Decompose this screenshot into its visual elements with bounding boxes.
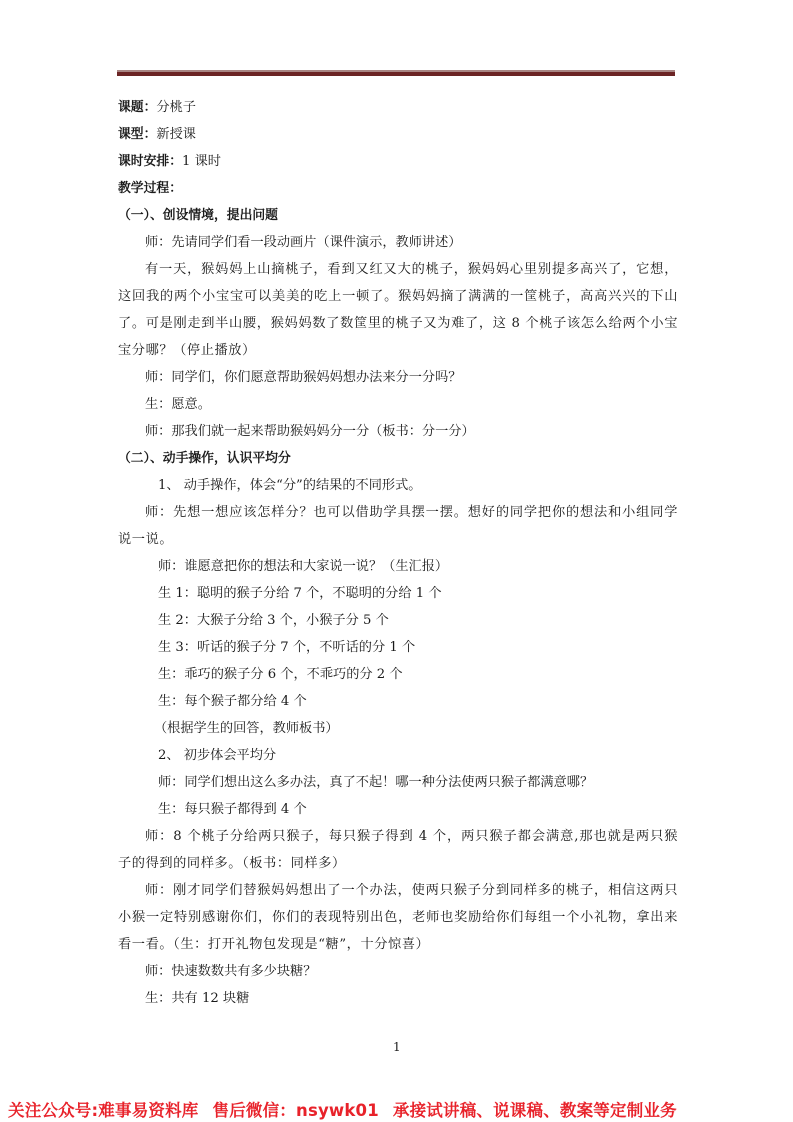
paragraph: 师：先想一想应该怎样分？也可以借助学具摆一摆。想好的同学把你的想法和小组同学说一… — [118, 499, 678, 553]
document-body: 课题：分桃子 课型：新授课 课时安排：1 课时 教学过程： （一）、创设情境，提… — [118, 94, 678, 1012]
topic-label: 课题： — [118, 100, 156, 115]
step-heading: 1、 动手操作，体会“分”的结果的不同形式。 — [118, 472, 678, 499]
paragraph: 师：同学们，你们愿意帮助猴妈妈想办法来分一分吗？ — [118, 364, 678, 391]
type-value: 新授课 — [156, 127, 196, 142]
student-answer: 生：乖巧的猴子分 6 个，不乖巧的分 2 个 — [118, 661, 678, 688]
note: （根据学生的回答，教师板书） — [118, 715, 678, 742]
footer-services: 承接试讲稿、说课稿、教案等定制业务 — [393, 1101, 677, 1120]
step-heading: 2、 初步体会平均分 — [118, 742, 678, 769]
paragraph: 生：愿意。 — [118, 391, 678, 418]
topic-line: 课题：分桃子 — [118, 94, 678, 121]
process-heading: 教学过程： — [118, 175, 678, 202]
type-line: 课型：新授课 — [118, 121, 678, 148]
header-rule — [117, 70, 675, 76]
student-answer: 生：每只猴子都得到 4 个 — [118, 796, 678, 823]
student-answer: 生：每个猴子都分给 4 个 — [118, 688, 678, 715]
student-answer: 生：共有 12 块糖 — [118, 985, 678, 1012]
paragraph: 师：谁愿意把你的想法和大家说一说？（生汇报） — [118, 553, 678, 580]
student-answer: 生 2：大猴子分给 3 个，小猴子分 5 个 — [118, 607, 678, 634]
paragraph: 师：那我们就一起来帮助猴妈妈分一分（板书：分一分） — [118, 418, 678, 445]
schedule-value: 1 课时 — [182, 154, 221, 169]
paragraph: 师：刚才同学们替猴妈妈想出了一个办法，使两只猴子分到同样多的桃子，相信这两只小猴… — [118, 877, 678, 958]
story-paragraph: 有一天，猴妈妈上山摘桃子，看到又红又大的桃子，猴妈妈心里别提多高兴了，它想，这回… — [118, 256, 678, 364]
footer-account: 关注公众号:难事易资料库 — [8, 1101, 199, 1120]
type-label: 课型： — [118, 127, 156, 142]
paragraph: 师：先请同学们看一段动画片（课件演示，教师讲述） — [118, 229, 678, 256]
student-answer: 生 1：聪明的猴子分给 7 个，不聪明的分给 1 个 — [118, 580, 678, 607]
schedule-label: 课时安排： — [118, 154, 182, 169]
paragraph: 师：同学们想出这么多办法，真了不起！哪一种分法使两只猴子都满意哪？ — [118, 769, 678, 796]
promo-footer: 关注公众号:难事易资料库售后微信：nsywk01承接试讲稿、说课稿、教案等定制业… — [8, 1097, 788, 1121]
student-answer: 生 3：听话的猴子分 7 个，不听话的分 1 个 — [118, 634, 678, 661]
section1-heading: （一）、创设情境，提出问题 — [118, 202, 678, 229]
paragraph: 师：8 个桃子分给两只猴子，每只猴子得到 4 个，两只猴子都会满意,那也就是两只… — [118, 823, 678, 877]
section2-heading: （二）、动手操作，认识平均分 — [118, 445, 678, 472]
topic-value: 分桃子 — [156, 100, 196, 115]
page-number: 1 — [393, 1040, 401, 1054]
footer-wechat: 售后微信：nsywk01 — [213, 1101, 379, 1120]
paragraph: 师：快速数数共有多少块糖？ — [118, 958, 678, 985]
header-rule-dark — [117, 72, 675, 76]
schedule-line: 课时安排：1 课时 — [118, 148, 678, 175]
